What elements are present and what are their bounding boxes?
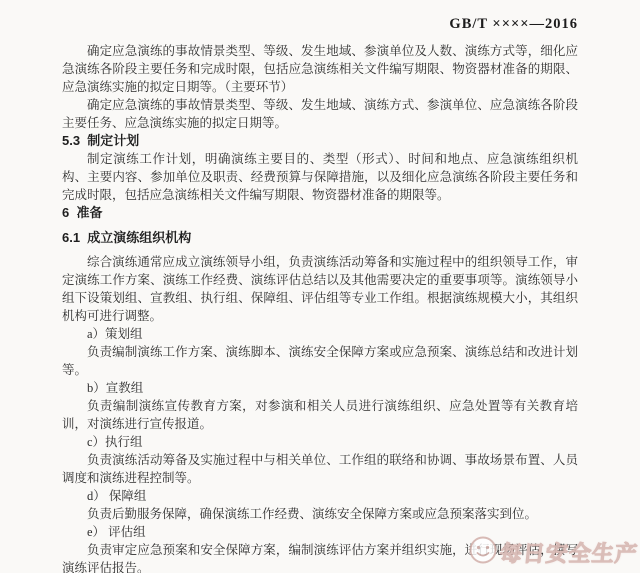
paragraph-leading-group: 综合演练通常应成立演练领导小组，负责演练活动筹备和实施过程中的组织领导工作，审定… bbox=[62, 253, 578, 325]
paragraph-drill-scenario-summary: 确定应急演练的事故情景类型、等级、发生地域、演练方式、参演单位、应急演练各阶段主… bbox=[62, 96, 578, 132]
standard-number: GB/T ××××—2016 bbox=[449, 16, 578, 33]
list-item-b-publicity-group: b）宣教组 bbox=[62, 379, 578, 397]
paragraph-publicity-group-duty: 负责编制演练宣传教育方案，对参演和相关人员进行演练组织、应急处置等有关教育培训，… bbox=[62, 397, 578, 433]
paragraph-execution-group-duty: 负责演练活动筹备及实施过程中与相关单位、工作组的联络和协调、事故场景布置、人员调… bbox=[62, 451, 578, 487]
paragraph-support-group-duty: 负责后勤服务保障，确保演练工作经费、演练安全保障方案或应急预案落实到位。 bbox=[62, 505, 578, 523]
heading-6-1-org-structure: 6.1 成立演练组织机构 bbox=[62, 229, 578, 247]
document-page: GB/T ××××—2016 确定应急演练的事故情景类型、等级、发生地域、参演单… bbox=[0, 0, 640, 573]
heading-6-preparation: 6 准备 bbox=[62, 204, 578, 222]
paragraph-drill-scenario-detail: 确定应急演练的事故情景类型、等级、发生地域、参演单位及人数、演练方式等，细化应急… bbox=[62, 42, 578, 96]
list-item-c-execution-group: c）执行组 bbox=[62, 433, 578, 451]
list-item-d-support-group: d） 保障组 bbox=[62, 487, 578, 505]
document-body: 确定应急演练的事故情景类型、等级、发生地域、参演单位及人数、演练方式等，细化应急… bbox=[62, 42, 578, 573]
list-item-e-evaluation-group: e） 评估组 bbox=[62, 523, 578, 541]
list-item-a-planning-group: a）策划组 bbox=[62, 325, 578, 343]
paragraph-planning-group-duty: 负责编制演练工作方案、演练脚本、演练安全保障方案或应急预案、演练总结和改进计划等… bbox=[62, 343, 578, 379]
paragraph-evaluation-group-duty: 负责审定应急预案和安全保障方案，编制演练评估方案并组织实施，进行现场评估，撰写演… bbox=[62, 541, 578, 573]
paragraph-work-plan: 制定演练工作计划，明确演练主要目的、类型（形式）、时间和地点、应急演练组织机构、… bbox=[62, 150, 578, 204]
heading-5-3-make-plan: 5.3 制定计划 bbox=[62, 132, 578, 150]
